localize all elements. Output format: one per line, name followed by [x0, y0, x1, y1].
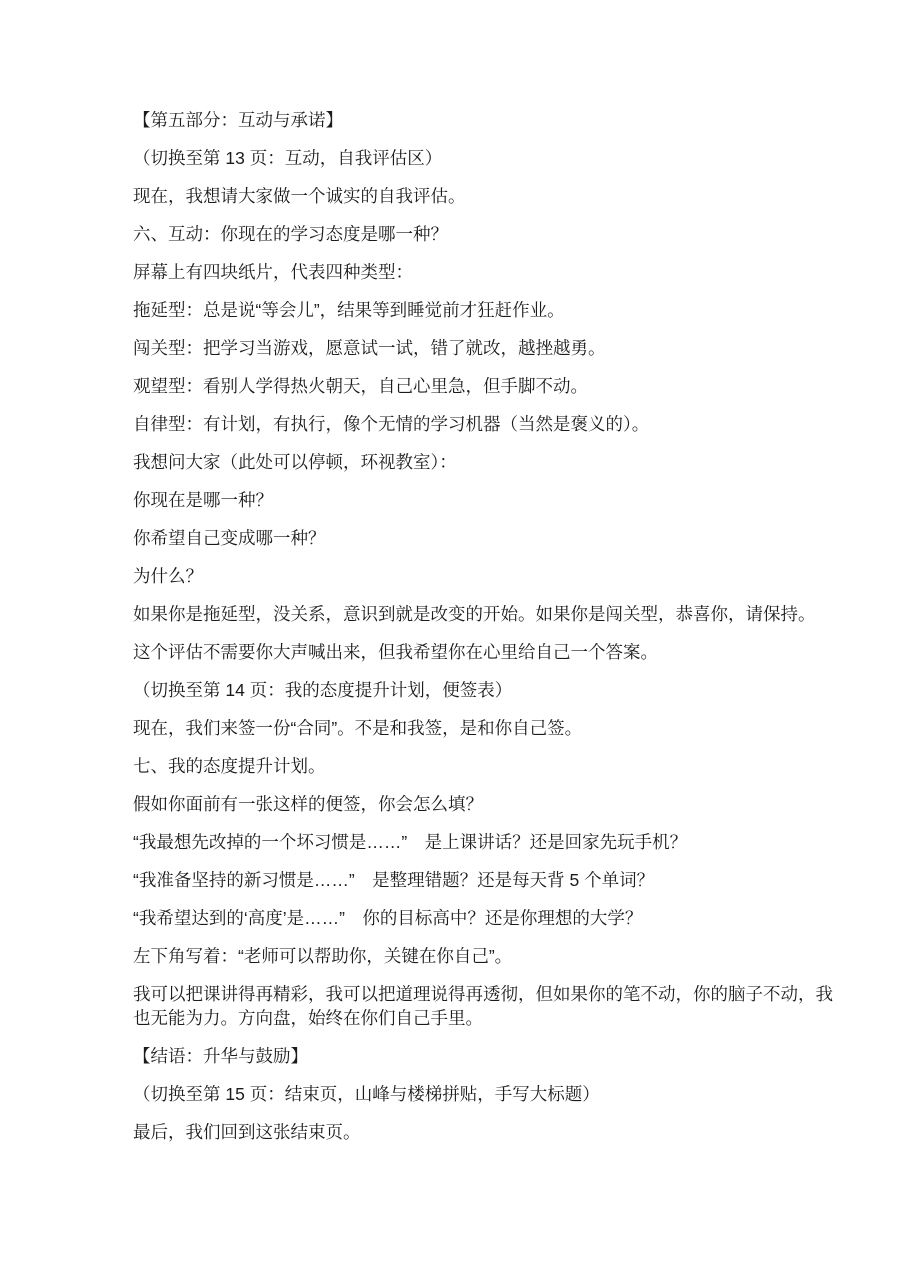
- paragraph: 为什么？: [133, 564, 835, 588]
- paragraph: 【第五部分：互动与承诺】: [133, 108, 835, 132]
- paragraph: 观望型：看别人学得热火朝天，自己心里急，但手脚不动。: [133, 374, 835, 398]
- paragraph: 现在，我们来签一份“合同”。不是和我签，是和你自己签。: [133, 716, 835, 740]
- paragraph: 最后，我们回到这张结束页。: [133, 1120, 835, 1144]
- paragraph: “我最想先改掉的一个坏习惯是……” 是上课讲话？还是回家先玩手机？: [133, 830, 835, 854]
- paragraph: “我希望达到的‘高度’是……” 你的目标高中？还是你理想的大学？: [133, 906, 835, 930]
- paragraph: 我想问大家（此处可以停顿，环视教室）：: [133, 450, 835, 474]
- paragraph: 左下角写着：“老师可以帮助你，关键在你自己”。: [133, 944, 835, 968]
- paragraph: “我准备坚持的新习惯是……” 是整理错题？还是每天背 5 个单词？: [133, 868, 835, 892]
- paragraph: 屏幕上有四块纸片，代表四种类型：: [133, 260, 835, 284]
- paragraph: 这个评估不需要你大声喊出来，但我希望你在心里给自己一个答案。: [133, 640, 835, 664]
- paragraph: （切换至第 14 页：我的态度提升计划，便签表）: [133, 678, 835, 702]
- paragraph: 六、互动：你现在的学习态度是哪一种？: [133, 222, 835, 246]
- paragraph: （切换至第 13 页：互动，自我评估区）: [133, 146, 835, 170]
- paragraph: 你希望自己变成哪一种？: [133, 526, 835, 550]
- paragraph: 七、我的态度提升计划。: [133, 754, 835, 778]
- paragraph: 【结语：升华与鼓励】: [133, 1044, 835, 1068]
- paragraph: 我可以把课讲得再精彩，我可以把道理说得再透彻，但如果你的笔不动，你的脑子不动，我…: [133, 982, 835, 1030]
- document-text: 【第五部分：互动与承诺】（切换至第 13 页：互动，自我评估区）现在，我想请大家…: [133, 108, 835, 1158]
- paragraph: 如果你是拖延型，没关系，意识到就是改变的开始。如果你是闯关型，恭喜你，请保持。: [133, 602, 835, 626]
- paragraph: 假如你面前有一张这样的便签，你会怎么填？: [133, 792, 835, 816]
- paragraph: 拖延型：总是说“等会儿”，结果等到睡觉前才狂赶作业。: [133, 298, 835, 322]
- paragraph: 你现在是哪一种？: [133, 488, 835, 512]
- document-page: 【第五部分：互动与承诺】（切换至第 13 页：互动，自我评估区）现在，我想请大家…: [0, 0, 900, 1286]
- paragraph: 自律型：有计划，有执行，像个无情的学习机器（当然是褒义的）。: [133, 412, 835, 436]
- paragraph: 闯关型：把学习当游戏，愿意试一试，错了就改，越挫越勇。: [133, 336, 835, 360]
- paragraph: 现在，我想请大家做一个诚实的自我评估。: [133, 184, 835, 208]
- paragraph: （切换至第 15 页：结束页，山峰与楼梯拼贴，手写大标题）: [133, 1082, 835, 1106]
